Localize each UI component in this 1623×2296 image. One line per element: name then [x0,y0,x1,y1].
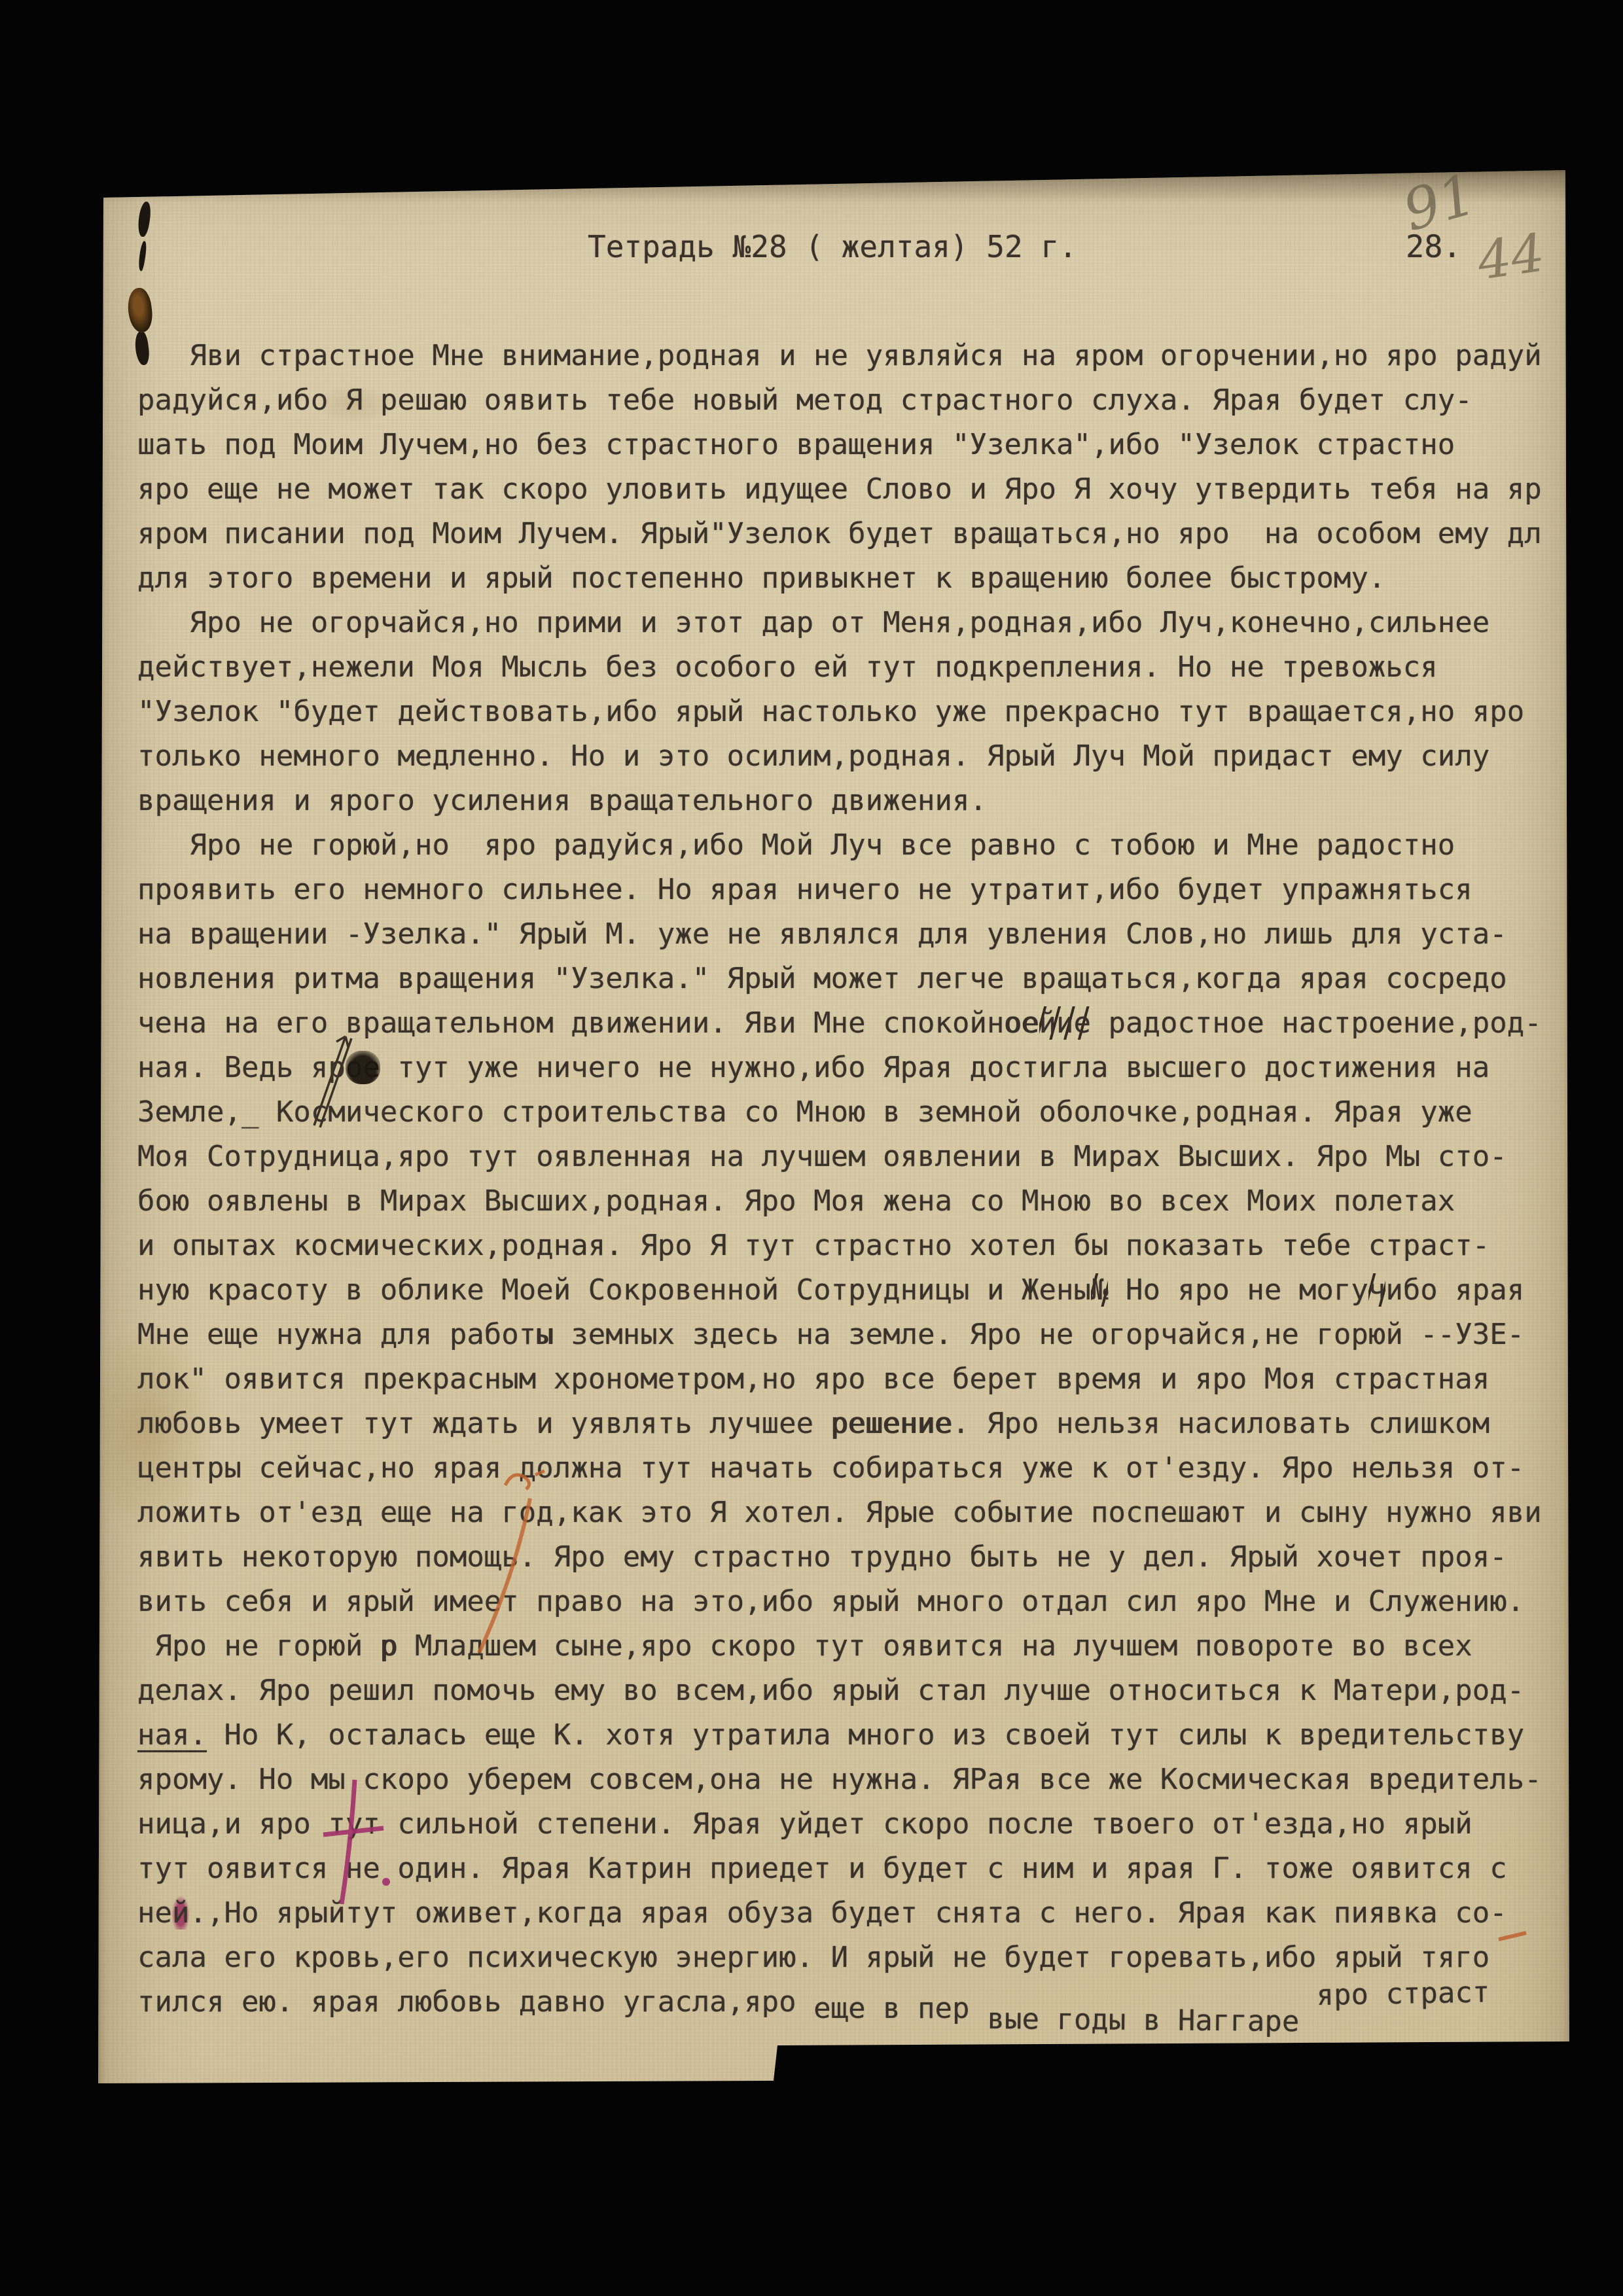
handwritten-page-number: 44 [1474,222,1548,291]
scan-background: 91 Тетрадь №28 ( желтая) 52 г. 28. 44 Яв… [0,0,1623,2296]
typed-line: ней.,Но ярыйтут оживет,когда ярая обуза … [137,1891,1567,1935]
typed-line: Яро не огорчайся,но прими и этот дар от … [137,601,1567,645]
typed-line: яром писании под Моим Лучем. Ярый"Узелок… [137,512,1567,556]
typed-line: шать под Моим Лучем,но без страстного вр… [137,423,1567,467]
typed-line: ная. Ведь ярое тут уже ничего не нужно,и… [137,1046,1567,1090]
typed-line: лок" оявится прекрасным хронометром,но я… [137,1357,1567,1402]
typed-line: яро еще не может так скоро уловить идуще… [137,467,1567,512]
typed-line: ярому. Но мы скоро уберем совсем,она не … [137,1757,1567,1802]
typed-text: Яви страстное Мне внимание,родная и не у… [137,334,1567,2024]
document-page: 91 Тетрадь №28 ( желтая) 52 г. 28. 44 Яв… [98,169,1571,2168]
typed-line: центры сейчас,но ярая должна тут начать … [137,1446,1567,1491]
typed-line: Яро не горюй р Младшем сыне,яро скоро ту… [137,1624,1567,1669]
typed-line: проявить его немного сильнее. Но ярая ни… [137,868,1567,912]
typed-line: бою оявлены в Мирах Высших,родная. Яро М… [137,1179,1567,1224]
typed-line: на вращении -Узелка." Ярый М. уже не явл… [137,912,1567,957]
typed-line: Моя Сотрудница,яро тут оявленная на лучш… [137,1135,1567,1179]
typed-line: ница,и яро тут сильной степени. Ярая уйд… [137,1802,1567,1846]
typed-line: радуйся,ибо Я решаю оявить тебе новый ме… [137,378,1567,423]
typed-line: Мне еще нужна для работы земных здесь на… [137,1313,1567,1357]
typed-line: "Узелок "будет действовать,ибо ярый наст… [137,690,1567,734]
typed-line: тут оявится не один. Ярая Катрин приедет… [137,1846,1567,1891]
typed-line: и опытах космических,родная. Яро Я тут с… [137,1224,1567,1268]
ink-blot [136,201,152,238]
typed-line: Земле,_ Космического строительства со Мн… [137,1090,1567,1135]
typed-line: делах. Яро решил помочь ему во всем,ибо … [137,1669,1567,1713]
typed-line: вращения и ярого усиления вращательного … [137,779,1567,823]
typed-line: вить себя и ярый имеет право на это,ибо … [137,1580,1567,1624]
ink-stain [126,287,154,334]
typed-line: для этого времени и ярый постепенно прив… [137,556,1567,601]
typed-line: только немного медленно. Но и это осилим… [137,734,1567,779]
typed-page-number: 28. [1406,229,1461,265]
typed-line: чена на его вращательном движении. Яви М… [137,1001,1567,1046]
typed-line: явить некоторую помощь. Яро ему страстно… [137,1535,1567,1580]
typed-line: ная. Но К, осталась еще К. хотя утратила… [137,1713,1567,1757]
typed-line: ложить от'езд еще на год,как это Я хотел… [137,1491,1567,1535]
typed-line: любовь умеет тут ждать и уявлять лучшее … [137,1402,1567,1446]
typed-line: тился ею. ярая любовь давно угасла,яро е… [137,1980,1567,2024]
page-title: Тетрадь №28 ( желтая) 52 г. [588,229,1077,264]
typed-line: действует,нежели Моя Мысль без особого е… [137,645,1567,690]
typed-line: ную красоту в облике Моей Сокровенной Со… [137,1268,1567,1313]
typed-line: Яви страстное Мне внимание,родная и не у… [137,334,1567,378]
typed-line: Яро не горюй,но яро радуйся,ибо Мой Луч … [137,823,1567,868]
typed-line: новления ритма вращения "Узелка." Ярый м… [137,957,1567,1001]
